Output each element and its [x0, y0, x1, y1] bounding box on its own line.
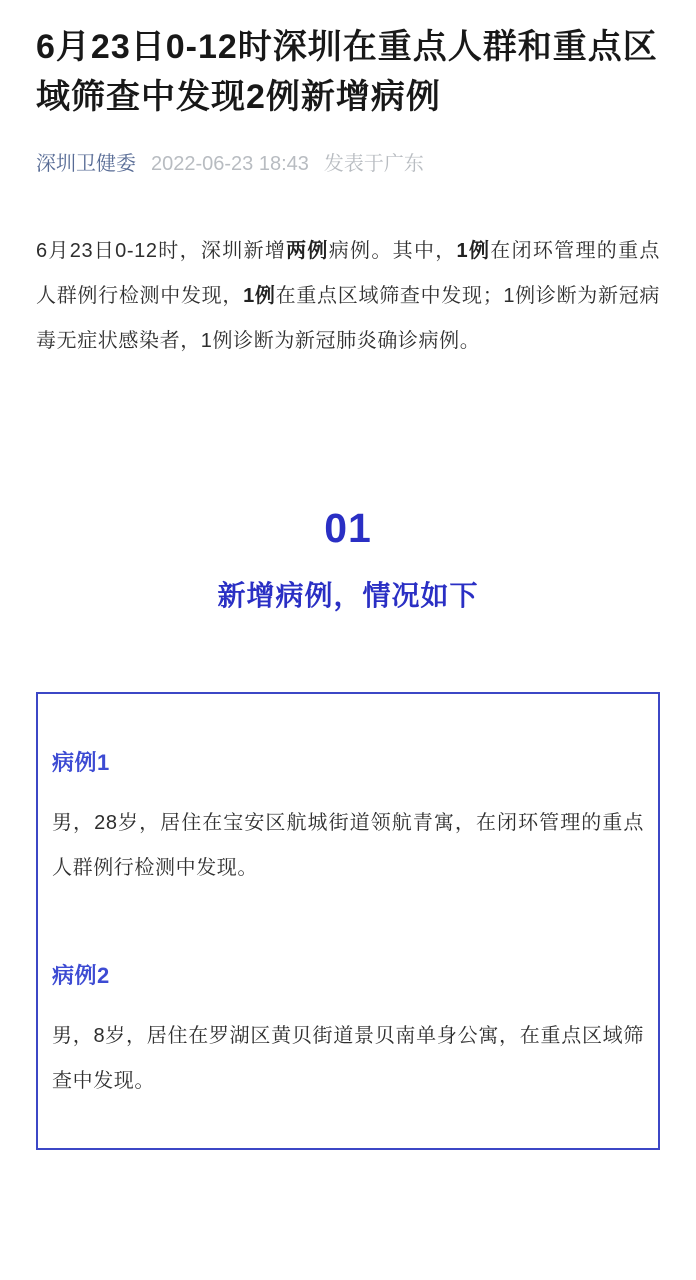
- case-description: 男，8岁，居住在罗湖区黄贝街道景贝南单身公寓，在重点区域筛查中发现。: [52, 1014, 644, 1104]
- publish-location: 发表于广东: [324, 150, 424, 178]
- lead-segment-bold: 两例: [286, 240, 329, 262]
- case-label: 病例2: [52, 961, 644, 991]
- case-item-1: 病例1 男，28岁，居住在宝安区航城街道领航青寓，在闭环管理的重点人群例行检测中…: [52, 748, 644, 891]
- lead-segment-bold: 1例: [457, 240, 491, 262]
- lead-paragraph: 6月23日0-12时，深圳新增两例病例。其中，1例在闭环管理的重点人群例行检测中…: [36, 229, 660, 364]
- account-link[interactable]: 深圳卫健委: [36, 150, 136, 178]
- case-label: 病例1: [52, 748, 644, 778]
- publish-timestamp: 2022-06-23 18:43: [151, 150, 309, 178]
- page-title: 6月23日0-12时深圳在重点人群和重点区域筛查中发现2例新增病例: [36, 22, 660, 122]
- case-item-2: 病例2 男，8岁，居住在罗湖区黄贝街道景贝南单身公寓，在重点区域筛查中发现。: [52, 961, 644, 1104]
- section-heading: 新增病例，情况如下: [36, 576, 660, 616]
- article-page: 6月23日0-12时深圳在重点人群和重点区域筛查中发现2例新增病例 深圳卫健委 …: [0, 0, 696, 1180]
- lead-segment: 病例。其中，: [329, 240, 457, 262]
- case-description: 男，28岁，居住在宝安区航城街道领航青寓，在闭环管理的重点人群例行检测中发现。: [52, 801, 644, 891]
- lead-segment: 6月23日0-12时，深圳新增: [36, 240, 286, 262]
- case-box: 病例1 男，28岁，居住在宝安区航城街道领航青寓，在闭环管理的重点人群例行检测中…: [36, 692, 660, 1150]
- section-number: 01: [36, 504, 660, 552]
- byline: 深圳卫健委 2022-06-23 18:43 发表于广东: [36, 150, 660, 178]
- lead-segment-bold: 1例: [243, 285, 276, 307]
